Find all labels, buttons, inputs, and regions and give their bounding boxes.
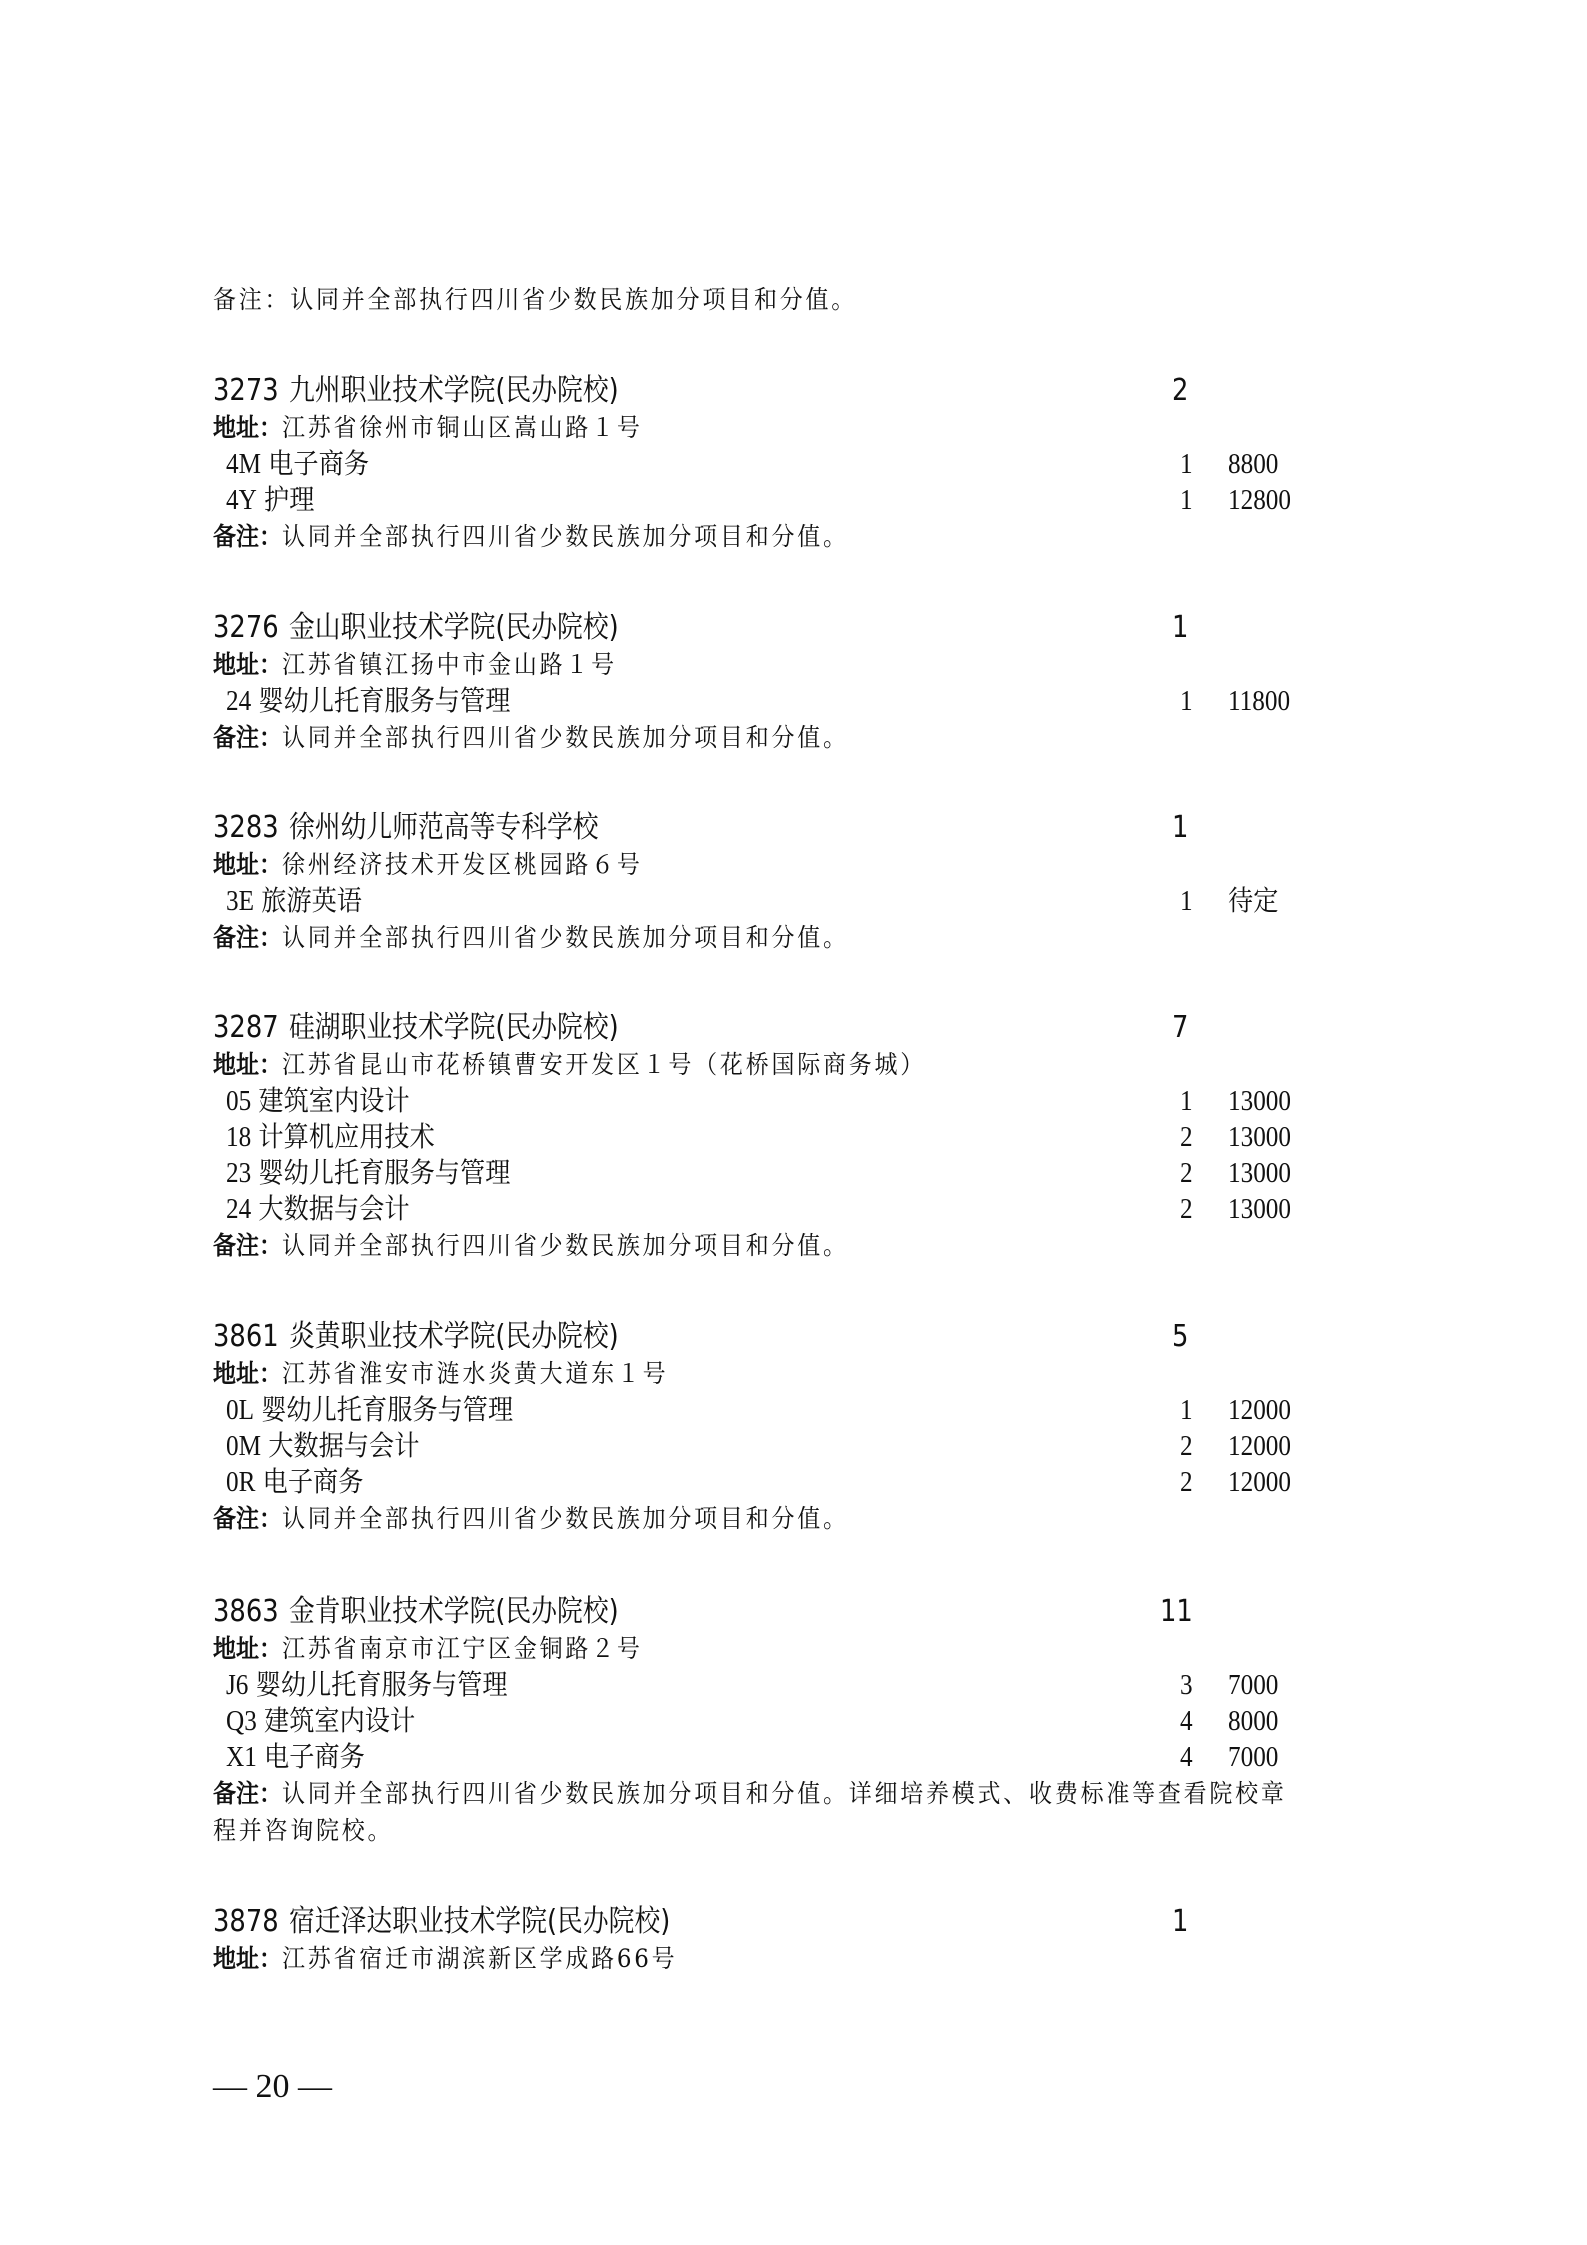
school-total: 1	[1172, 1907, 1188, 1937]
note-text: 认同并全部执行四川省少数民族加分项目和分值。	[282, 522, 849, 551]
major-row: 4Y护理	[226, 487, 314, 515]
major-count: 2	[1180, 1469, 1193, 1497]
address-text: 江苏省淮安市涟水炎黄大道东１号	[282, 1359, 668, 1388]
major-name: 计算机应用技术	[258, 1122, 434, 1153]
address-text: 徐州经济技术开发区桃园路６号	[282, 850, 643, 879]
address-text: 江苏省宿迁市湖滨新区学成路66号	[282, 1944, 677, 1973]
note-text: 认同并全部执行四川省少数民族加分项目和分值。	[282, 1504, 849, 1533]
major-name: 婴幼儿托育服务与管理	[256, 1670, 508, 1701]
major-row: 24婴幼儿托育服务与管理	[226, 688, 510, 716]
school-note: 备注：认同并全部执行四川省少数民族加分项目和分值。详细培养模式、收费标准等查看院…	[213, 1781, 1287, 1806]
school-header: 3878宿迁泽达职业技术学院(民办院校)	[213, 1907, 670, 1937]
major-code: 4Y	[226, 485, 257, 516]
school-total: 7	[1172, 1013, 1188, 1043]
school-note: 备注：认同并全部执行四川省少数民族加分项目和分值。	[213, 925, 849, 950]
school-note: 备注：认同并全部执行四川省少数民族加分项目和分值。	[213, 1233, 849, 1258]
school-address: 地址：江苏省淮安市涟水炎黄大道东１号	[213, 1361, 668, 1386]
note-text: 认同并全部执行四川省少数民族加分项目和分值。详细培养模式、收费标准等查看院校章	[282, 1779, 1287, 1808]
school-address: 地址：江苏省宿迁市湖滨新区学成路66号	[213, 1946, 677, 1971]
school-code: 3861	[213, 1319, 279, 1354]
major-count: 2	[1180, 1196, 1193, 1224]
school-name: 金肯职业技术学院(民办院校)	[289, 1594, 619, 1629]
note-text: 认同并全部执行四川省少数民族加分项目和分值。	[282, 923, 849, 952]
major-count: 4	[1180, 1744, 1193, 1772]
school-name: 金山职业技术学院(民办院校)	[289, 610, 619, 645]
major-fee: 7000	[1228, 1744, 1278, 1772]
address-text: 江苏省徐州市铜山区嵩山路１号	[282, 413, 643, 442]
major-code: 0M	[226, 1431, 261, 1462]
major-code: 0L	[226, 1395, 254, 1426]
school-total: 1	[1172, 613, 1188, 643]
school-name: 徐州幼儿师范高等专科学校	[289, 810, 599, 845]
major-fee: 8800	[1228, 451, 1278, 479]
major-fee: 待定	[1228, 888, 1278, 916]
address-label: 地址：	[213, 1359, 282, 1388]
address-text: 江苏省南京市江宁区金铜路２号	[282, 1634, 643, 1663]
major-name: 婴幼儿托育服务与管理	[258, 686, 510, 717]
major-row: 0M大数据与会计	[226, 1433, 419, 1461]
major-count: 1	[1180, 888, 1193, 916]
note-line: 备注：认同并全部执行四川省少数民族加分项目和分值。	[213, 287, 857, 312]
major-fee: 13000	[1228, 1196, 1291, 1224]
note-label: 备注：	[213, 1779, 282, 1808]
major-name: 婴幼儿托育服务与管理	[261, 1395, 513, 1426]
school-address: 地址：江苏省昆山市花桥镇曹安开发区１号（花桥国际商务城）	[213, 1052, 926, 1077]
school-note-continuation: 程并咨询院校。	[213, 1818, 393, 1843]
major-code: 3E	[226, 886, 254, 917]
school-code: 3863	[213, 1594, 279, 1629]
school-code: 3276	[213, 610, 279, 645]
major-code: 24	[226, 686, 251, 717]
major-count: 1	[1180, 688, 1193, 716]
major-code: X1	[226, 1742, 257, 1773]
school-total: 2	[1172, 376, 1188, 406]
major-count: 1	[1180, 487, 1193, 515]
major-name: 旅游英语	[261, 886, 362, 917]
major-fee: 13000	[1228, 1160, 1291, 1188]
school-header: 3861炎黄职业技术学院(民办院校)	[213, 1322, 619, 1352]
major-row: J6婴幼儿托育服务与管理	[226, 1672, 508, 1700]
note-label: 备注：	[213, 923, 282, 952]
school-code: 3878	[213, 1904, 279, 1939]
major-code: 05	[226, 1086, 251, 1117]
school-header: 3287硅湖职业技术学院(民办院校)	[213, 1013, 619, 1043]
major-row: 0R电子商务	[226, 1469, 363, 1497]
school-header: 3273九州职业技术学院(民办院校)	[213, 376, 619, 406]
note-text: 认同并全部执行四川省少数民族加分项目和分值。	[282, 723, 849, 752]
major-count: 4	[1180, 1708, 1193, 1736]
school-code: 3287	[213, 1010, 279, 1045]
address-text: 江苏省镇江扬中市金山路１号	[282, 650, 617, 679]
address-label: 地址：	[213, 850, 282, 879]
major-fee: 8000	[1228, 1708, 1278, 1736]
major-fee: 13000	[1228, 1088, 1291, 1116]
school-header: 3283徐州幼儿师范高等专科学校	[213, 813, 599, 843]
note-label: 备注：	[213, 723, 282, 752]
document-page: 备注：认同并全部执行四川省少数民族加分项目和分值。 3273九州职业技术学院(民…	[0, 0, 1587, 2245]
note-text: 程并咨询院校。	[213, 1816, 393, 1845]
major-count: 2	[1180, 1160, 1193, 1188]
school-header: 3276金山职业技术学院(民办院校)	[213, 613, 619, 643]
address-text: 江苏省昆山市花桥镇曹安开发区１号（花桥国际商务城）	[282, 1050, 926, 1079]
major-count: 1	[1180, 1088, 1193, 1116]
major-code: 0R	[226, 1467, 255, 1498]
address-label: 地址：	[213, 1944, 282, 1973]
school-address: 地址：江苏省徐州市铜山区嵩山路１号	[213, 415, 643, 440]
school-header: 3863金肯职业技术学院(民办院校)	[213, 1597, 619, 1627]
school-total: 11	[1160, 1597, 1193, 1627]
school-name: 硅湖职业技术学院(民办院校)	[289, 1010, 619, 1045]
major-code: 4M	[226, 449, 261, 480]
address-label: 地址：	[213, 650, 282, 679]
note-text: 认同并全部执行四川省少数民族加分项目和分值。	[282, 1231, 849, 1260]
school-code: 3273	[213, 373, 279, 408]
major-code: 18	[226, 1122, 251, 1153]
school-name: 九州职业技术学院(民办院校)	[289, 373, 619, 408]
major-count: 3	[1180, 1672, 1193, 1700]
major-code: 23	[226, 1158, 251, 1189]
school-note: 备注：认同并全部执行四川省少数民族加分项目和分值。	[213, 725, 849, 750]
major-row: 23婴幼儿托育服务与管理	[226, 1160, 510, 1188]
major-name: 建筑室内设计	[264, 1706, 415, 1737]
note-label: 备注：	[213, 1231, 282, 1260]
major-count: 1	[1180, 451, 1193, 479]
major-code: J6	[226, 1670, 248, 1701]
major-name: 电子商务	[263, 1467, 364, 1498]
major-code: 24	[226, 1194, 251, 1225]
major-name: 护理	[264, 485, 314, 516]
major-fee: 13000	[1228, 1124, 1291, 1152]
major-row: 24大数据与会计	[226, 1196, 410, 1224]
major-row: 05建筑室内设计	[226, 1088, 410, 1116]
school-address: 地址：江苏省镇江扬中市金山路１号	[213, 652, 617, 677]
school-total: 5	[1172, 1322, 1188, 1352]
school-name: 炎黄职业技术学院(民办院校)	[289, 1319, 619, 1354]
major-fee: 12000	[1228, 1433, 1291, 1461]
major-row: 0L婴幼儿托育服务与管理	[226, 1397, 513, 1425]
school-address: 地址：江苏省南京市江宁区金铜路２号	[213, 1636, 643, 1661]
major-fee: 11800	[1228, 688, 1290, 716]
major-name: 建筑室内设计	[258, 1086, 409, 1117]
major-name: 电子商务	[264, 1742, 365, 1773]
school-code: 3283	[213, 810, 279, 845]
major-fee: 12000	[1228, 1469, 1291, 1497]
major-count: 2	[1180, 1124, 1193, 1152]
major-name: 电子商务	[268, 449, 369, 480]
major-count: 1	[1180, 1397, 1193, 1425]
top-note: 备注：认同并全部执行四川省少数民族加分项目和分值。	[213, 285, 857, 314]
major-row: 4M电子商务	[226, 451, 369, 479]
major-row: Q3建筑室内设计	[226, 1708, 415, 1736]
major-name: 婴幼儿托育服务与管理	[258, 1158, 510, 1189]
school-note: 备注：认同并全部执行四川省少数民族加分项目和分值。	[213, 1506, 849, 1531]
address-label: 地址：	[213, 413, 282, 442]
major-count: 2	[1180, 1433, 1193, 1461]
note-label: 备注：	[213, 522, 282, 551]
major-name: 大数据与会计	[268, 1431, 419, 1462]
address-label: 地址：	[213, 1050, 282, 1079]
major-code: Q3	[226, 1706, 257, 1737]
note-label: 备注：	[213, 1504, 282, 1533]
major-name: 大数据与会计	[258, 1194, 409, 1225]
school-address: 地址：徐州经济技术开发区桃园路６号	[213, 852, 643, 877]
major-row: 18计算机应用技术	[226, 1124, 435, 1152]
school-name: 宿迁泽达职业技术学院(民办院校)	[289, 1904, 670, 1939]
major-fee: 12800	[1228, 487, 1291, 515]
page-number: — 20 —	[213, 2070, 332, 2104]
major-row: X1电子商务	[226, 1744, 365, 1772]
school-note: 备注：认同并全部执行四川省少数民族加分项目和分值。	[213, 524, 849, 549]
major-fee: 7000	[1228, 1672, 1278, 1700]
address-label: 地址：	[213, 1634, 282, 1663]
major-row: 3E旅游英语	[226, 888, 362, 916]
school-total: 1	[1172, 813, 1188, 843]
major-fee: 12000	[1228, 1397, 1291, 1425]
